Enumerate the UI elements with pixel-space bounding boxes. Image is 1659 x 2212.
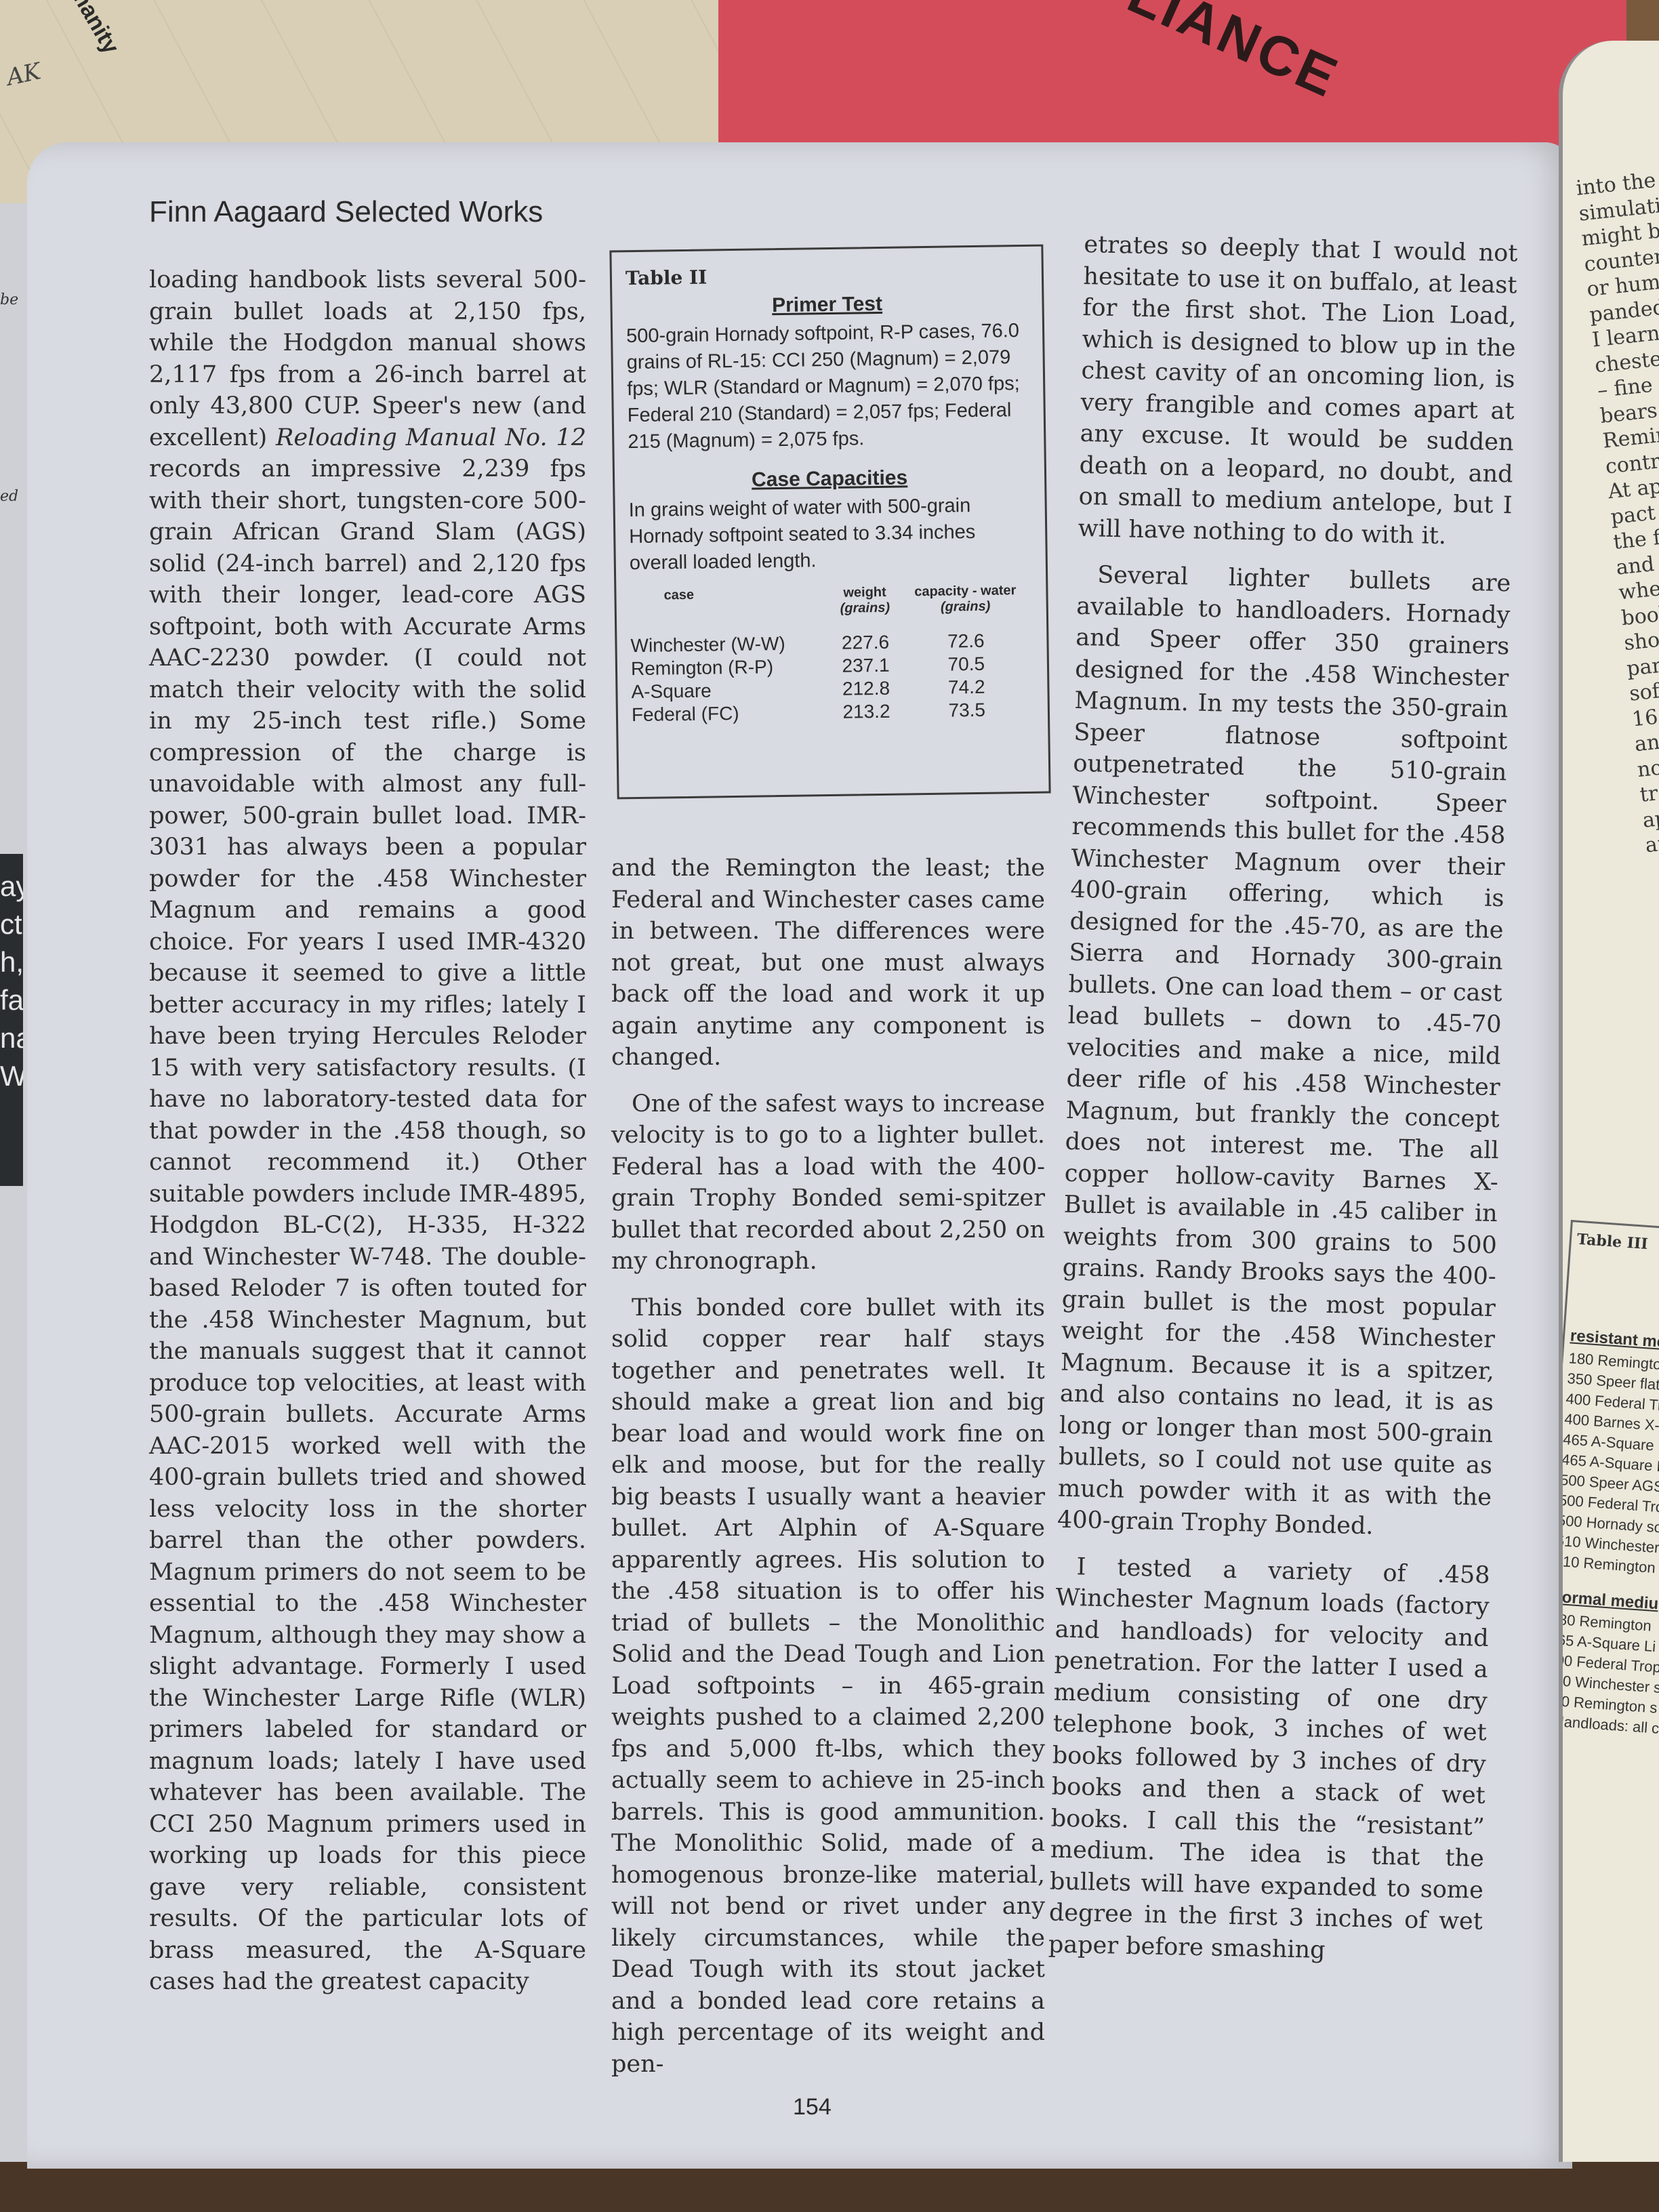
paragraph: I tested a variety of .458 Winchester Ma… [1048,1551,1490,1969]
case-capacities-text: In grains weight of water with 500-grain… [628,492,1032,577]
book-page: Finn Aagaard Selected Works loading hand… [27,142,1572,2169]
header-unit: (grains) [832,600,898,617]
dark-block-line: na [0,1019,23,1057]
paragraph: and the Remington the least; the Federal… [611,853,1045,1073]
background-handwriting: AK [4,58,43,91]
cell-capacity: 72.6 [899,629,1033,654]
case-capacities-heading: Case Capacities [628,465,1031,493]
paragraph: Several lighter bullets are available to… [1057,559,1511,1545]
dark-block-line: fa [0,981,23,1019]
facing-page-edge: into the vesimulatingmight be scounterin… [1559,41,1659,2162]
page-number: 154 [793,2094,832,2121]
cell-weight: 213.2 [833,700,900,724]
cell-case: Winchester (W-W) [630,632,832,657]
paragraph: One of the safest ways to increase veloc… [611,1088,1045,1277]
table-label: Table II [626,262,1028,289]
paragraph: etrates so deeply that I would not hesit… [1078,229,1518,553]
table-ii: Table II Primer Test 500-grain Hornady s… [609,245,1050,800]
dark-block-line: W [0,1057,23,1095]
left-strip-dark-block: ay cti h, fa na W [0,854,23,1186]
left-strip-note: be [0,291,18,308]
table-label: Table III [1570,1222,1659,1275]
cell-case: A-Square [631,678,833,703]
column-header-case: case [630,585,832,634]
cell-capacity: 74.2 [899,675,1034,700]
cell-capacity: 73.5 [899,698,1034,723]
table-row: Federal (FC) 213.2 73.5 [632,698,1034,726]
background-desk-bottom [0,2162,1659,2212]
column-header-capacity: capacity - water(grains) [898,582,1033,631]
text-column-right: etrates so deeply that I would not hesit… [1048,229,1517,1969]
red-cover-title: MPLIANCE [1038,0,1349,111]
header-label: capacity - water [914,583,1016,599]
primer-test-text: 500-grain Hornady softpoint, R-P cases, … [626,318,1031,455]
text-run: records an impressive 2,239 fps with the… [149,455,586,1995]
section-rows: 180 Remington350 Speer flatno400 Federal… [1559,1348,1659,1590]
cell-case: Remington (R-P) [631,655,833,680]
cell-case: Federal (FC) [632,701,834,726]
dark-block-line: h, [0,943,23,981]
cell-weight: 212.8 [833,677,900,701]
paragraph: This bonded core bullet with its solid c… [611,1292,1045,2081]
background-red-cover: MPLIANCE [718,0,1626,156]
left-strip-note: ed [0,488,18,505]
dark-block-line: ay [0,867,23,905]
cell-weight: 227.6 [832,631,899,655]
book-title-italic: Reloading Manual No. 12 [276,424,586,451]
facing-page-text: into the vesimulatingmight be scounterin… [1575,155,1659,859]
column-header-weight: weight(grains) [832,584,899,632]
primer-test-heading: Primer Test [626,291,1028,319]
case-capacities-table: case weight(grains) capacity - water(gra… [630,582,1034,726]
header-label: case [663,588,694,603]
table-header-row: case weight(grains) capacity - water(gra… [630,582,1033,634]
text-column-middle: and the Remington the least; the Federal… [611,853,1045,2080]
dark-block-line: cti [0,905,23,943]
cell-weight: 237.1 [832,654,899,678]
cell-capacity: 70.5 [899,652,1033,677]
running-head: Finn Aagaard Selected Works [149,195,543,229]
section-rows: 180 Remington465 A-Square Li500 Federal … [1559,1609,1659,1749]
table-iii-partial: Table III resistant med 180 Remington350… [1559,1220,1659,2120]
background-stamp-text: Humanity [49,0,124,58]
text-column-left: loading handbook lists several 500-grain… [149,264,586,1998]
header-unit: (grains) [899,598,1032,616]
paragraph: loading handbook lists several 500-grain… [149,264,586,1998]
header-label: weight [843,585,886,600]
